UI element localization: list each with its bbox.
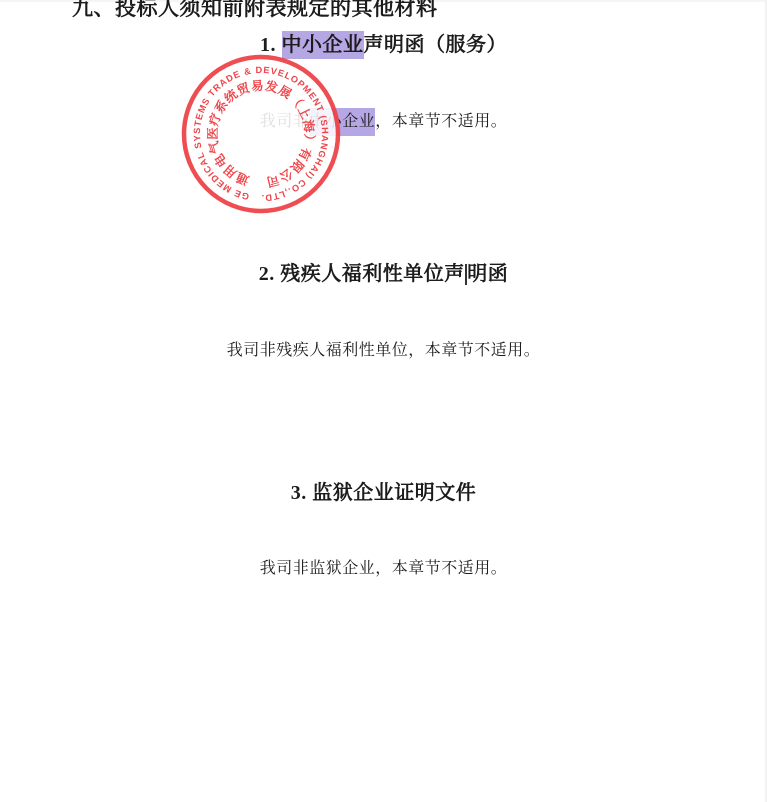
item-1-highlighted-term: 中小企业 [282,31,364,59]
statement-2-text: 我司非残疾人福利性单位，本章节不适用。 [227,337,541,365]
item-1-title-rest: 声明函（服务） [364,31,508,59]
section-heading: 九、投标人须知前附表规定的其他材料 [72,0,438,22]
statement-1-highlighted-term: 中小企业 [309,108,375,136]
statement-2: 我司非残疾人福利性单位，本章节不适用。 [0,337,767,365]
item-2-title-pre: 2. 残疾人福利性单位声 [259,260,465,288]
item-heading-1: 1. 中小企业声明函（服务） [0,31,767,59]
item-3-title: 3. 监狱企业证明文件 [291,479,477,507]
statement-1-post: ，本章节不适用。 [375,108,507,136]
statement-3-text: 我司非监狱企业，本章节不适用。 [260,555,508,583]
statement-3: 我司非监狱企业，本章节不适用。 [0,555,767,583]
statement-1: 我司非中小企业，本章节不适用。 [0,108,767,136]
statement-1-pre: 我司非 [260,108,310,136]
item-2-title-post: 明函 [467,260,508,288]
item-heading-3: 3. 监狱企业证明文件 [0,479,767,507]
document-page: 九、投标人须知前附表规定的其他材料 1. 中小企业声明函（服务） 我司非中小企业… [0,0,767,802]
item-1-number: 1. [260,31,282,59]
item-heading-2: 2. 残疾人福利性单位声明函 [0,260,767,288]
